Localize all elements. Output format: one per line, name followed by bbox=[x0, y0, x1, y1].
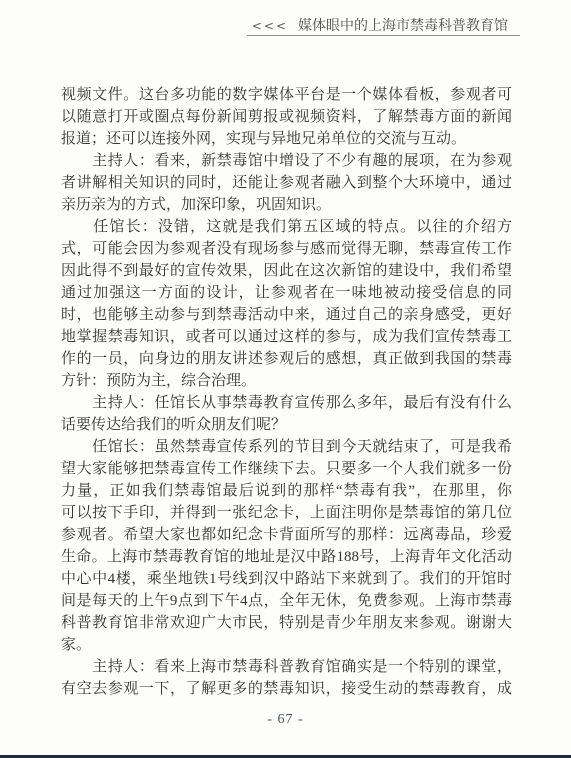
text-line: 方针：预防为主，综合治理。 bbox=[61, 370, 512, 392]
text-line: 报道；还可以连接外网，实现与异地兄弟单位的交流与互动。 bbox=[61, 128, 512, 150]
text-line: 有空去参观一下，了解更多的禁毒知识，接受生动的禁毒教育，成 bbox=[61, 678, 512, 700]
text-line: 主持人：看来，新禁毒馆中增设了不少有趣的展项，在为参观 bbox=[61, 150, 512, 172]
page-number: - 67 - bbox=[267, 712, 303, 727]
page-footer: - 67 - bbox=[0, 712, 571, 728]
text-line: 以随意打开或圈点每份新闻剪报或视频资料，了解禁毒方面的新闻 bbox=[61, 106, 512, 128]
header-chevrons-icon: <<< bbox=[252, 19, 288, 33]
header-title: 媒体眼中的上海市禁毒科普教育馆 bbox=[298, 19, 508, 34]
text-line: 者讲解相关知识的同时，还能让参观者融入到整个大环境中，通过 bbox=[61, 172, 512, 194]
body-text: 视频文件。这台多功能的数字媒体平台是一个媒体看板，参观者可以随意打开或圈点每份新… bbox=[61, 84, 512, 700]
text-line: 式，可能会因为参观者没有现场参与感而觉得无聊，禁毒宣传工作 bbox=[61, 238, 512, 260]
text-line: 参观者。希望大家也都如纪念卡背面所写的那样：远离毒品，珍爱 bbox=[61, 524, 512, 546]
text-line: 家。 bbox=[61, 634, 512, 656]
text-line: 任馆长：虽然禁毒宣传系列的节目到今天就结束了，可是我希 bbox=[61, 436, 512, 458]
text-line: 望大家能够把禁毒宣传工作继续下去。只要多一个人我们就多一份 bbox=[61, 458, 512, 480]
text-line: 因此得不到最好的宣传效果，因此在这次新馆的建设中，我们希望 bbox=[61, 260, 512, 282]
text-line: 视频文件。这台多功能的数字媒体平台是一个媒体看板，参观者可 bbox=[61, 84, 512, 106]
text-line: 作的一员，向身边的朋友讲述参观后的感想，真正做到我国的禁毒 bbox=[61, 348, 512, 370]
book-page: <<<媒体眼中的上海市禁毒科普教育馆 视频文件。这台多功能的数字媒体平台是一个媒… bbox=[0, 0, 571, 758]
text-line: 力量，正如我们禁毒馆最后说到的那样“禁毒有我”，在那里，你 bbox=[61, 480, 512, 502]
text-line: 中心中4楼，乘坐地铁1号线到汉中路站下来就到了。我们的开馆时 bbox=[61, 568, 512, 590]
text-line: 科普教育馆非常欢迎广大市民，特别是青少年朋友来参观。谢谢大 bbox=[61, 612, 512, 634]
text-line: 任馆长：没错，这就是我们第五区域的特点。以往的介绍方 bbox=[61, 216, 512, 238]
text-line: 通过加强这一方面的设计，让参观者在一味地被动接受信息的同 bbox=[61, 282, 512, 304]
text-line: 话要传达给我们的听众朋友们呢？ bbox=[61, 414, 512, 436]
header-rule bbox=[247, 35, 520, 36]
text-line: 可以按下手印，并得到一张纪念卡，上面注明你是禁毒馆的第几位 bbox=[61, 502, 512, 524]
text-line: 亲历亲为的方式，加深印象，巩固知识。 bbox=[61, 194, 512, 216]
page-header: <<<媒体眼中的上海市禁毒科普教育馆 bbox=[252, 15, 508, 35]
text-line: 主持人：看来上海市禁毒科普教育馆确实是一个特别的课堂， bbox=[61, 656, 512, 678]
text-line: 生命。上海市禁毒教育馆的地址是汉中路188号，上海青年文化活动 bbox=[61, 546, 512, 568]
text-line: 主持人：任馆长从事禁毒教育宣传那么多年，最后有没有什么 bbox=[61, 392, 512, 414]
text-line: 时，也能够主动参与到禁毒活动中来，通过自己的亲身感受，更好 bbox=[61, 304, 512, 326]
text-line: 间是每天的上午9点到下午4点，全年无休，免费参观。上海市禁毒 bbox=[61, 590, 512, 612]
text-line: 地掌握禁毒知识，或者可以通过这样的参与，成为我们宣传禁毒工 bbox=[61, 326, 512, 348]
